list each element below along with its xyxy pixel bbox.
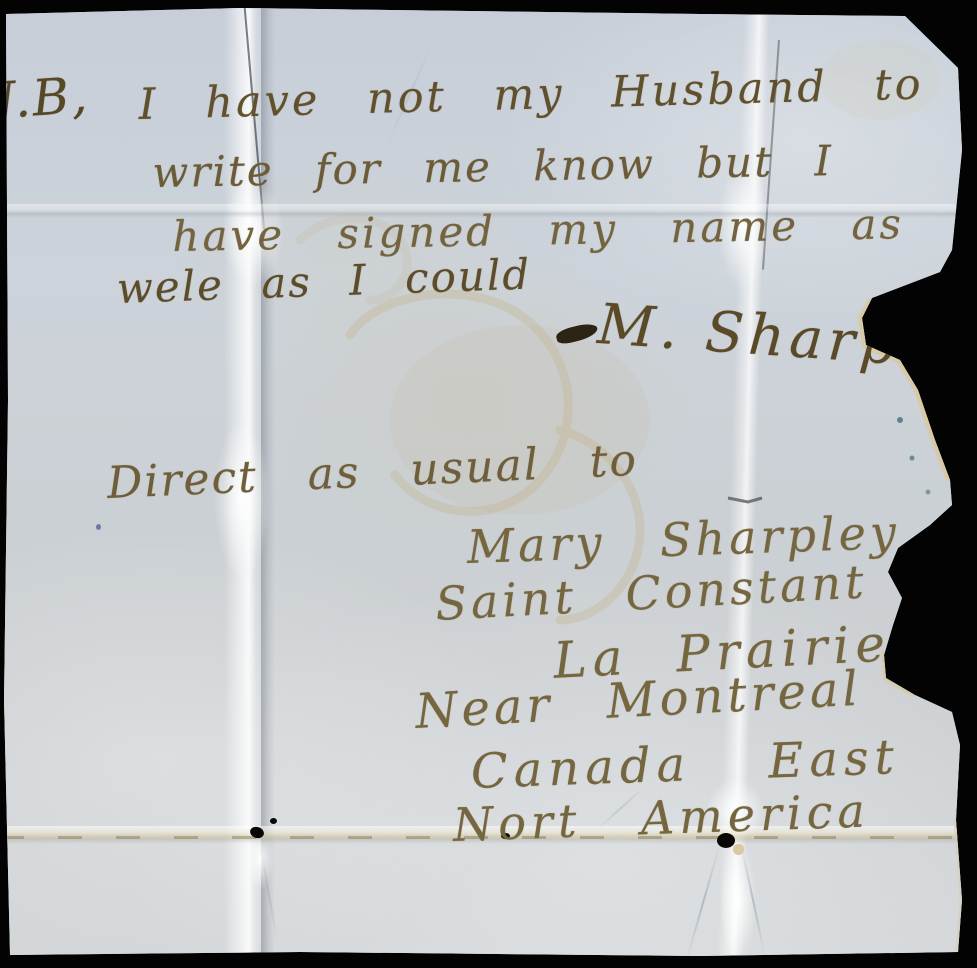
wrinkle-line — [686, 846, 720, 960]
paper-nick — [728, 498, 762, 502]
teal-speck — [926, 490, 931, 495]
paper-chip — [733, 844, 744, 855]
scanned-letter-page: N.B, I have not my Husband to write for … — [0, 0, 977, 968]
address-line: Near Montreal — [414, 661, 863, 740]
direction-line: Direct as usual to — [106, 435, 639, 509]
teal-speck — [897, 417, 903, 423]
fold-hole — [270, 818, 277, 824]
ink-speck-blue — [96, 524, 101, 530]
signature-ink-blot — [555, 321, 599, 346]
letter-paper: N.B, I have not my Husband to write for … — [0, 0, 977, 968]
teal-speck — [910, 456, 915, 461]
postscript-marker: N.B, — [0, 66, 91, 132]
letter-body-line: I have not my Husband to — [138, 59, 924, 130]
torn-edge-rim — [862, 300, 950, 480]
signature: M. Sharp — [595, 292, 902, 378]
torn-edge-rim — [884, 650, 915, 695]
